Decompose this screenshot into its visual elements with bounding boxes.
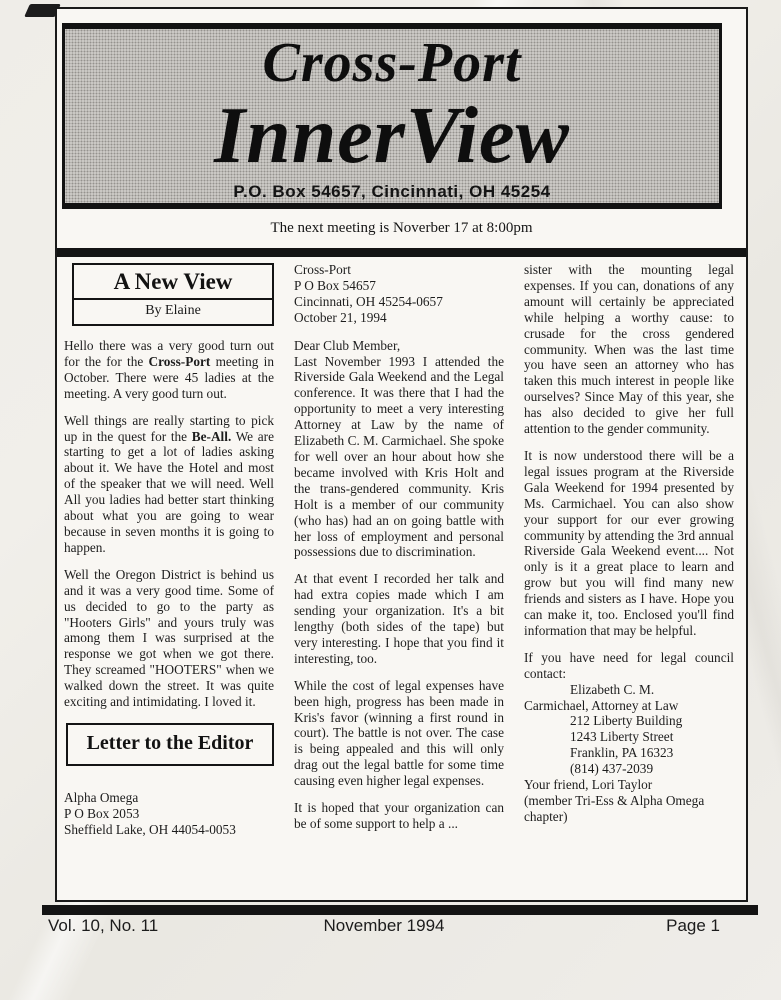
paragraph: Last November 1993 I attended the Rivers… <box>294 354 504 561</box>
divider-bar-bottom <box>42 905 758 915</box>
body-columns: A New View By Elaine Hello there was a v… <box>57 257 746 902</box>
letterhead: Cross-PortP O Box 54657Cincinnati, OH 45… <box>294 262 504 326</box>
letter-body: Last November 1993 I attended the Rivers… <box>294 354 504 832</box>
text-line: Your friend, Lori Taylor <box>524 777 734 793</box>
column-middle: Cross-PortP O Box 54657Cincinnati, OH 45… <box>294 262 504 902</box>
text-line: P O Box 2053 <box>64 806 274 822</box>
text-line: (member Tri-Ess & Alpha Omega chapter) <box>524 793 734 825</box>
column-right: sister with the mounting legal expenses.… <box>524 262 734 902</box>
paragraph: Well the Oregon District is behind us an… <box>64 567 274 710</box>
paragraph: sister with the mounting legal expenses.… <box>524 262 734 437</box>
salutation: Dear Club Member, <box>294 338 504 354</box>
article-body: Hello there was a very good turn out for… <box>64 338 274 710</box>
page-footer: Vol. 10, No. 11 November 1994 Page 1 <box>48 916 720 936</box>
letter-body-continued: sister with the mounting legal expenses.… <box>524 262 734 682</box>
paragraph: It is hoped that your organization can b… <box>294 800 504 832</box>
newsletter-title-line1: Cross-Port <box>65 29 719 94</box>
footer-date: November 1994 <box>272 916 496 936</box>
article-byline: By Elaine <box>74 300 272 324</box>
contact-block: Elizabeth C. M.Carmichael, Attorney at L… <box>524 682 734 777</box>
text-line: Cross-Port <box>294 262 504 278</box>
masthead: Cross-Port InnerView P.O. Box 54657, Cin… <box>62 23 722 209</box>
paragraph: While the cost of legal expenses have be… <box>294 678 504 789</box>
text-line: Alpha Omega <box>64 790 274 806</box>
alpha-omega-address: Alpha OmegaP O Box 2053Sheffield Lake, O… <box>64 790 274 838</box>
article-header-box: A New View By Elaine <box>72 263 274 326</box>
footer-page-number: Page 1 <box>496 916 720 936</box>
page-frame: Cross-Port InnerView P.O. Box 54657, Cin… <box>55 7 748 902</box>
text-line: 212 Liberty Building <box>524 713 734 729</box>
masthead-address: P.O. Box 54657, Cincinnati, OH 45254 <box>65 181 719 203</box>
divider-bar-top <box>57 248 746 257</box>
paragraph: At that event I recorded her talk and ha… <box>294 571 504 666</box>
footer-volume: Vol. 10, No. 11 <box>48 916 272 936</box>
text-line: Carmichael, Attorney at Law <box>524 698 734 714</box>
paragraph: If you have need for legal council conta… <box>524 650 734 682</box>
text-line: Sheffield Lake, OH 44054-0053 <box>64 822 274 838</box>
paragraph: Hello there was a very good turn out for… <box>64 338 274 402</box>
newsletter-page: Cross-Port InnerView P.O. Box 54657, Cin… <box>0 0 781 1000</box>
letter-to-editor-heading: Letter to the Editor <box>66 723 274 766</box>
letter-closing: Your friend, Lori Taylor(member Tri-Ess … <box>524 777 734 825</box>
text-line: (814) 437-2039 <box>524 761 734 777</box>
text-line: 1243 Liberty Street <box>524 729 734 745</box>
paragraph: It is now understood there will be a leg… <box>524 448 734 639</box>
text-line: Franklin, PA 16323 <box>524 745 734 761</box>
text-line: October 21, 1994 <box>294 310 504 326</box>
meeting-notice: The next meeting is Noverber 17 at 8:00p… <box>57 218 746 238</box>
newsletter-title-line2: InnerView <box>65 94 719 178</box>
text-line: P O Box 54657 <box>294 278 504 294</box>
column-left: A New View By Elaine Hello there was a v… <box>64 262 274 902</box>
text-line: Elizabeth C. M. <box>524 682 734 698</box>
article-title: A New View <box>74 265 272 300</box>
paragraph: Well things are really starting to pick … <box>64 413 274 556</box>
text-line: Cincinnati, OH 45254-0657 <box>294 294 504 310</box>
